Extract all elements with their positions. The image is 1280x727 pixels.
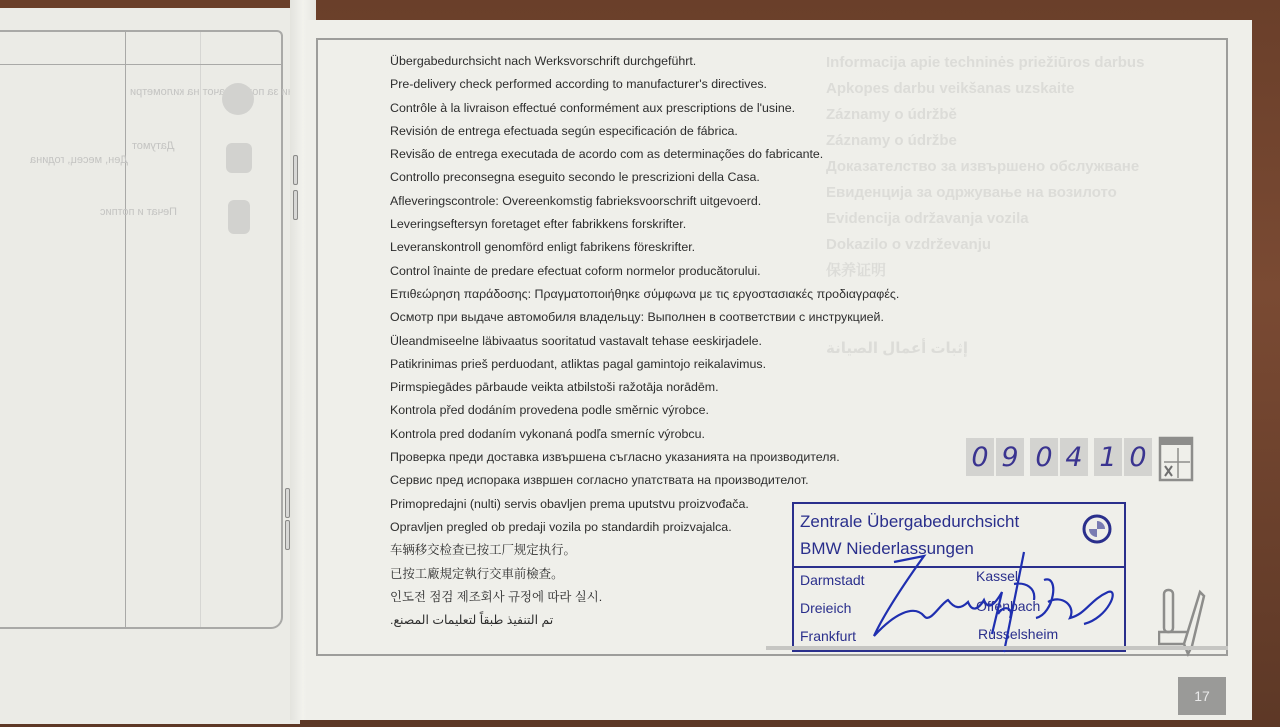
date-digit: 4 [1060, 438, 1088, 476]
stamp-city: Darmstadt [800, 572, 865, 588]
date-digit: 0 [1030, 438, 1058, 476]
calendar-icon [1158, 436, 1194, 482]
declaration-en: Pre-delivery check performed according t… [390, 73, 899, 96]
speedometer-ghost-icon [222, 83, 254, 115]
declaration-et: Üleandmiseelne läbivaatus sooritatud vas… [390, 330, 899, 353]
declaration-bg: Проверка преди доставка извършена съглас… [390, 446, 899, 469]
date-month: 0 4 [1030, 438, 1088, 476]
page-number: 17 [1178, 677, 1226, 715]
declaration-de: Übergabedurchsicht nach Werksvorschrift … [390, 50, 899, 73]
staple [293, 190, 298, 220]
stamp-city: Frankfurt [800, 628, 856, 644]
declaration-sv: Leveranskontroll genomförd enligt fabrik… [390, 236, 899, 259]
declaration-cs: Kontrola před dodáním provedena podle sm… [390, 399, 899, 422]
bmw-logo-icon [1082, 514, 1112, 544]
staple [285, 520, 290, 550]
staple [285, 488, 290, 518]
date-digit: 0 [966, 438, 994, 476]
date-digit: 0 [1124, 438, 1152, 476]
date-field[interactable]: 0 9 0 4 1 0 [966, 438, 1155, 476]
declaration-ro: Control înainte de predare efectuat cofo… [390, 260, 899, 283]
calendar-ghost-icon [226, 143, 252, 173]
handwritten-signature [864, 544, 1134, 654]
dealer-stamp: Zentrale Übergabedurchsicht BMW Niederla… [792, 502, 1126, 652]
date-year: 1 0 [1094, 438, 1152, 476]
date-digit: 1 [1094, 438, 1122, 476]
declaration-sk: Kontrola pred dodaním vykonaná podľa sme… [390, 423, 899, 446]
date-digit: 9 [996, 438, 1024, 476]
ghost-text: Печат и потпис [100, 206, 177, 218]
declaration-mk: Сервис пред испорака извршен согласно уп… [390, 469, 899, 492]
stamp-city: Dreieich [800, 600, 851, 616]
declaration-pt: Revisão de entrega executada de acordo c… [390, 143, 899, 166]
left-page: Соопштени за показувачот на километри Да… [0, 8, 300, 724]
declaration-lv: Pirmspiegādes pārbaude veikta atbilstoši… [390, 376, 899, 399]
ghost-text: Датумот [132, 140, 174, 152]
stamp-ghost-icon [228, 200, 250, 234]
declaration-el: Επιθεώρηση παράδοσης: Πραγματοποιήθηκε σ… [390, 283, 899, 306]
declaration-lt: Patikrinimas prieš perduodant, atliktas … [390, 353, 899, 376]
ghost-text: Ден, месец, година [30, 154, 128, 166]
declaration-da: Leveringseftersyn foretaget efter fabrik… [390, 213, 899, 236]
declaration-nl: Afleveringscontrole: Overeenkomstig fabr… [390, 190, 899, 213]
declaration-it: Controllo preconsegna eseguito secondo l… [390, 166, 899, 189]
declaration-ru: Осмотр при выдаче автомобиля владельцу: … [390, 306, 899, 329]
staple [293, 155, 298, 185]
right-page: Informacija apie techninės priežiūros da… [306, 20, 1252, 720]
stamp-title: Zentrale Übergabedurchsicht [800, 512, 1019, 532]
declaration-es: Revisión de entrega efectuada según espe… [390, 120, 899, 143]
date-day: 0 9 [966, 438, 1024, 476]
left-page-frame [0, 30, 283, 629]
bottom-rule [766, 646, 1228, 650]
declaration-fr: Contrôle à la livraison effectué conform… [390, 97, 899, 120]
